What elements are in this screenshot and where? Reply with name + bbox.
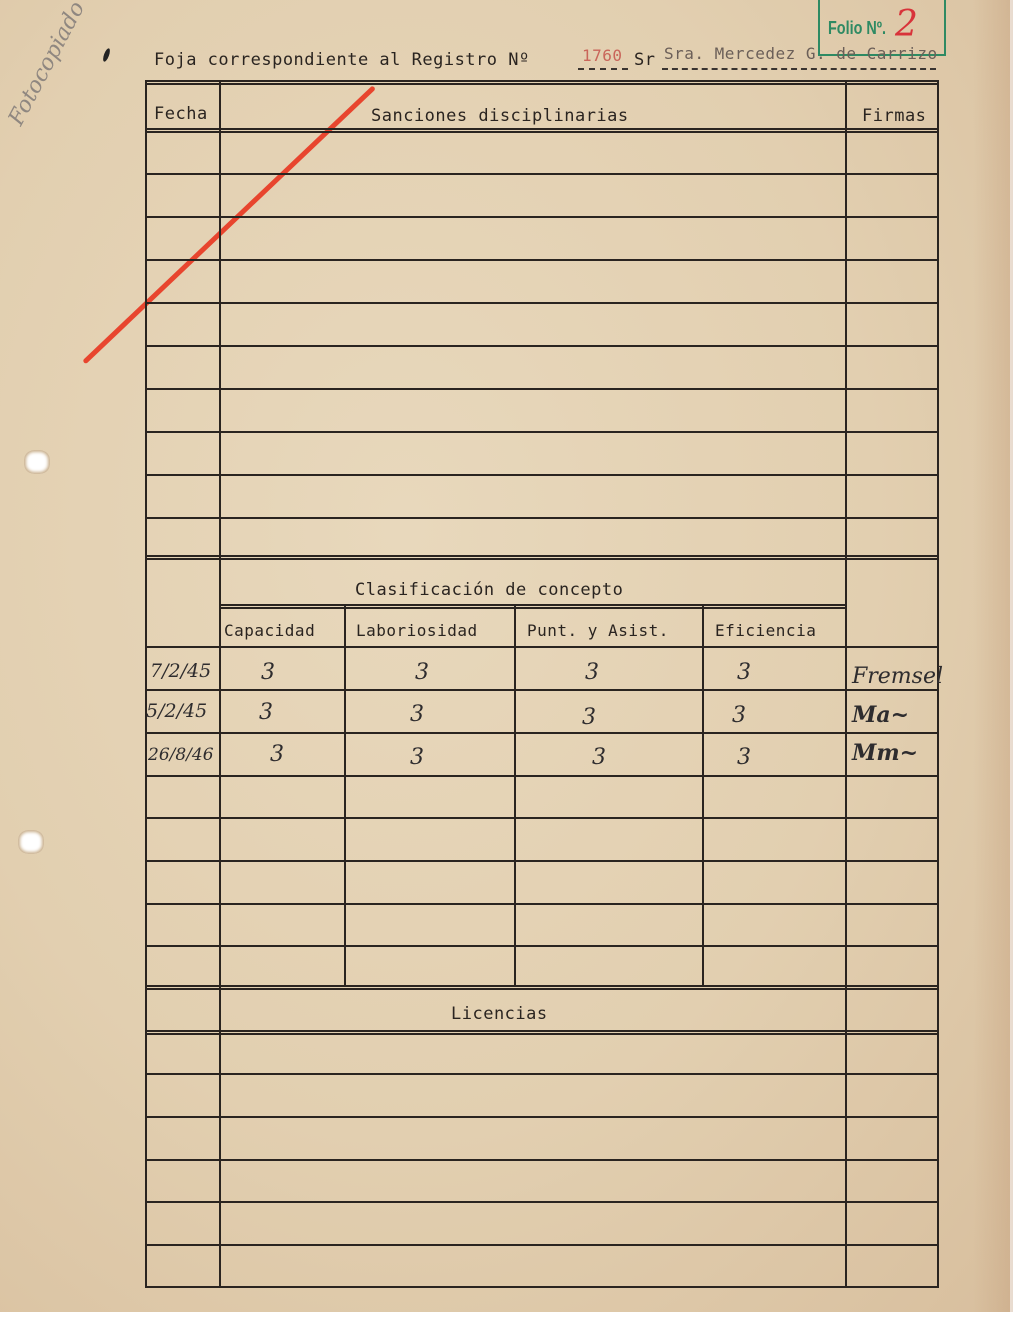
row3-eficiencia: 3 [737, 745, 751, 770]
clasificacion-header-rule [145, 646, 939, 648]
licencias-row-line [145, 1244, 939, 1246]
row3-firma: Mm~ [852, 740, 918, 766]
puntualidad-divider [702, 606, 704, 987]
sanciones-row-line [145, 216, 939, 218]
fecha-column-divider [219, 82, 221, 1287]
table-left-border [145, 82, 147, 1287]
clasificacion-title: Clasificación de concepto [355, 580, 623, 600]
row1-eficiencia: 3 [737, 660, 751, 685]
firmas-header: Firmas [862, 106, 926, 126]
row3-laboriosidad: 3 [410, 745, 424, 770]
paper-edge-shadow [973, 0, 1013, 1312]
sanciones-row-line [145, 302, 939, 304]
clasificacion-row-line [145, 860, 939, 862]
row3-capacidad: 3 [270, 742, 284, 767]
licencias-row-line [145, 1116, 939, 1118]
sanciones-row-line [145, 517, 939, 519]
table-bottom-border [145, 1286, 939, 1288]
name-underline [662, 68, 936, 70]
capacidad-divider [344, 606, 346, 987]
col-eficiencia: Eficiencia [715, 621, 816, 640]
clasificacion-title-rule [219, 604, 847, 609]
sanciones-header: Sanciones disciplinarias [371, 106, 629, 126]
sanciones-header-rule [145, 128, 939, 133]
sr-label: Sr [634, 50, 655, 70]
binder-hole-top [24, 450, 50, 474]
employee-name: Sra. Mercedez G. de Carrizo [664, 44, 938, 63]
sanciones-row-line [145, 173, 939, 175]
row3-puntualidad: 3 [592, 745, 606, 770]
row1-capacidad: 3 [261, 660, 275, 685]
licencias-header-rule [145, 1030, 939, 1035]
row2-fecha: 5/2/45 [146, 700, 207, 722]
registro-underline [578, 68, 628, 70]
folio-stamp-label: Folio Nº. [828, 18, 886, 39]
licencias-title: Licencias [451, 1004, 548, 1024]
row2-capacidad: 3 [259, 700, 273, 725]
sanciones-row-line [145, 259, 939, 261]
col-capacidad: Capacidad [224, 621, 315, 640]
firmas-column-divider [845, 82, 847, 1287]
laboriosidad-divider [514, 606, 516, 987]
row2-firma: Ma~ [852, 702, 909, 728]
clasificacion-row-line [145, 903, 939, 905]
clasificacion-row-line [145, 689, 939, 691]
row2-puntualidad: 3 [582, 705, 596, 730]
clasificacion-row-line [145, 945, 939, 947]
licencias-row-line [145, 1073, 939, 1075]
licencias-row-line [145, 1201, 939, 1203]
clasificacion-row-line [145, 775, 939, 777]
table-top-border [145, 80, 939, 85]
row1-laboriosidad: 3 [415, 660, 429, 685]
row1-firma: Fremsel [852, 664, 943, 689]
sanciones-row-line [145, 431, 939, 433]
licencias-section-rule [145, 985, 939, 990]
folio-number: 2 [895, 4, 918, 45]
licencias-row-line [145, 1159, 939, 1161]
binder-hole-bottom [18, 830, 44, 854]
col-puntualidad: Punt. y Asist. [527, 621, 669, 640]
clasificacion-row-line [145, 817, 939, 819]
row3-fecha: 26/8/46 [148, 745, 214, 765]
fecha-header: Fecha [154, 104, 208, 124]
clasificacion-section-rule [145, 555, 939, 560]
sanciones-row-line [145, 345, 939, 347]
col-laboriosidad: Laboriosidad [356, 621, 478, 640]
sanciones-row-line [145, 474, 939, 476]
row2-eficiencia: 3 [732, 703, 746, 728]
row1-puntualidad: 3 [585, 660, 599, 685]
document-title: Foja correspondiente al Registro Nº [154, 50, 530, 70]
clasificacion-row-line [145, 732, 939, 734]
registro-number: 1760 [582, 46, 623, 65]
row2-laboriosidad: 3 [410, 702, 424, 727]
row1-fecha: 7/2/45 [150, 660, 211, 682]
sanciones-row-line [145, 388, 939, 390]
